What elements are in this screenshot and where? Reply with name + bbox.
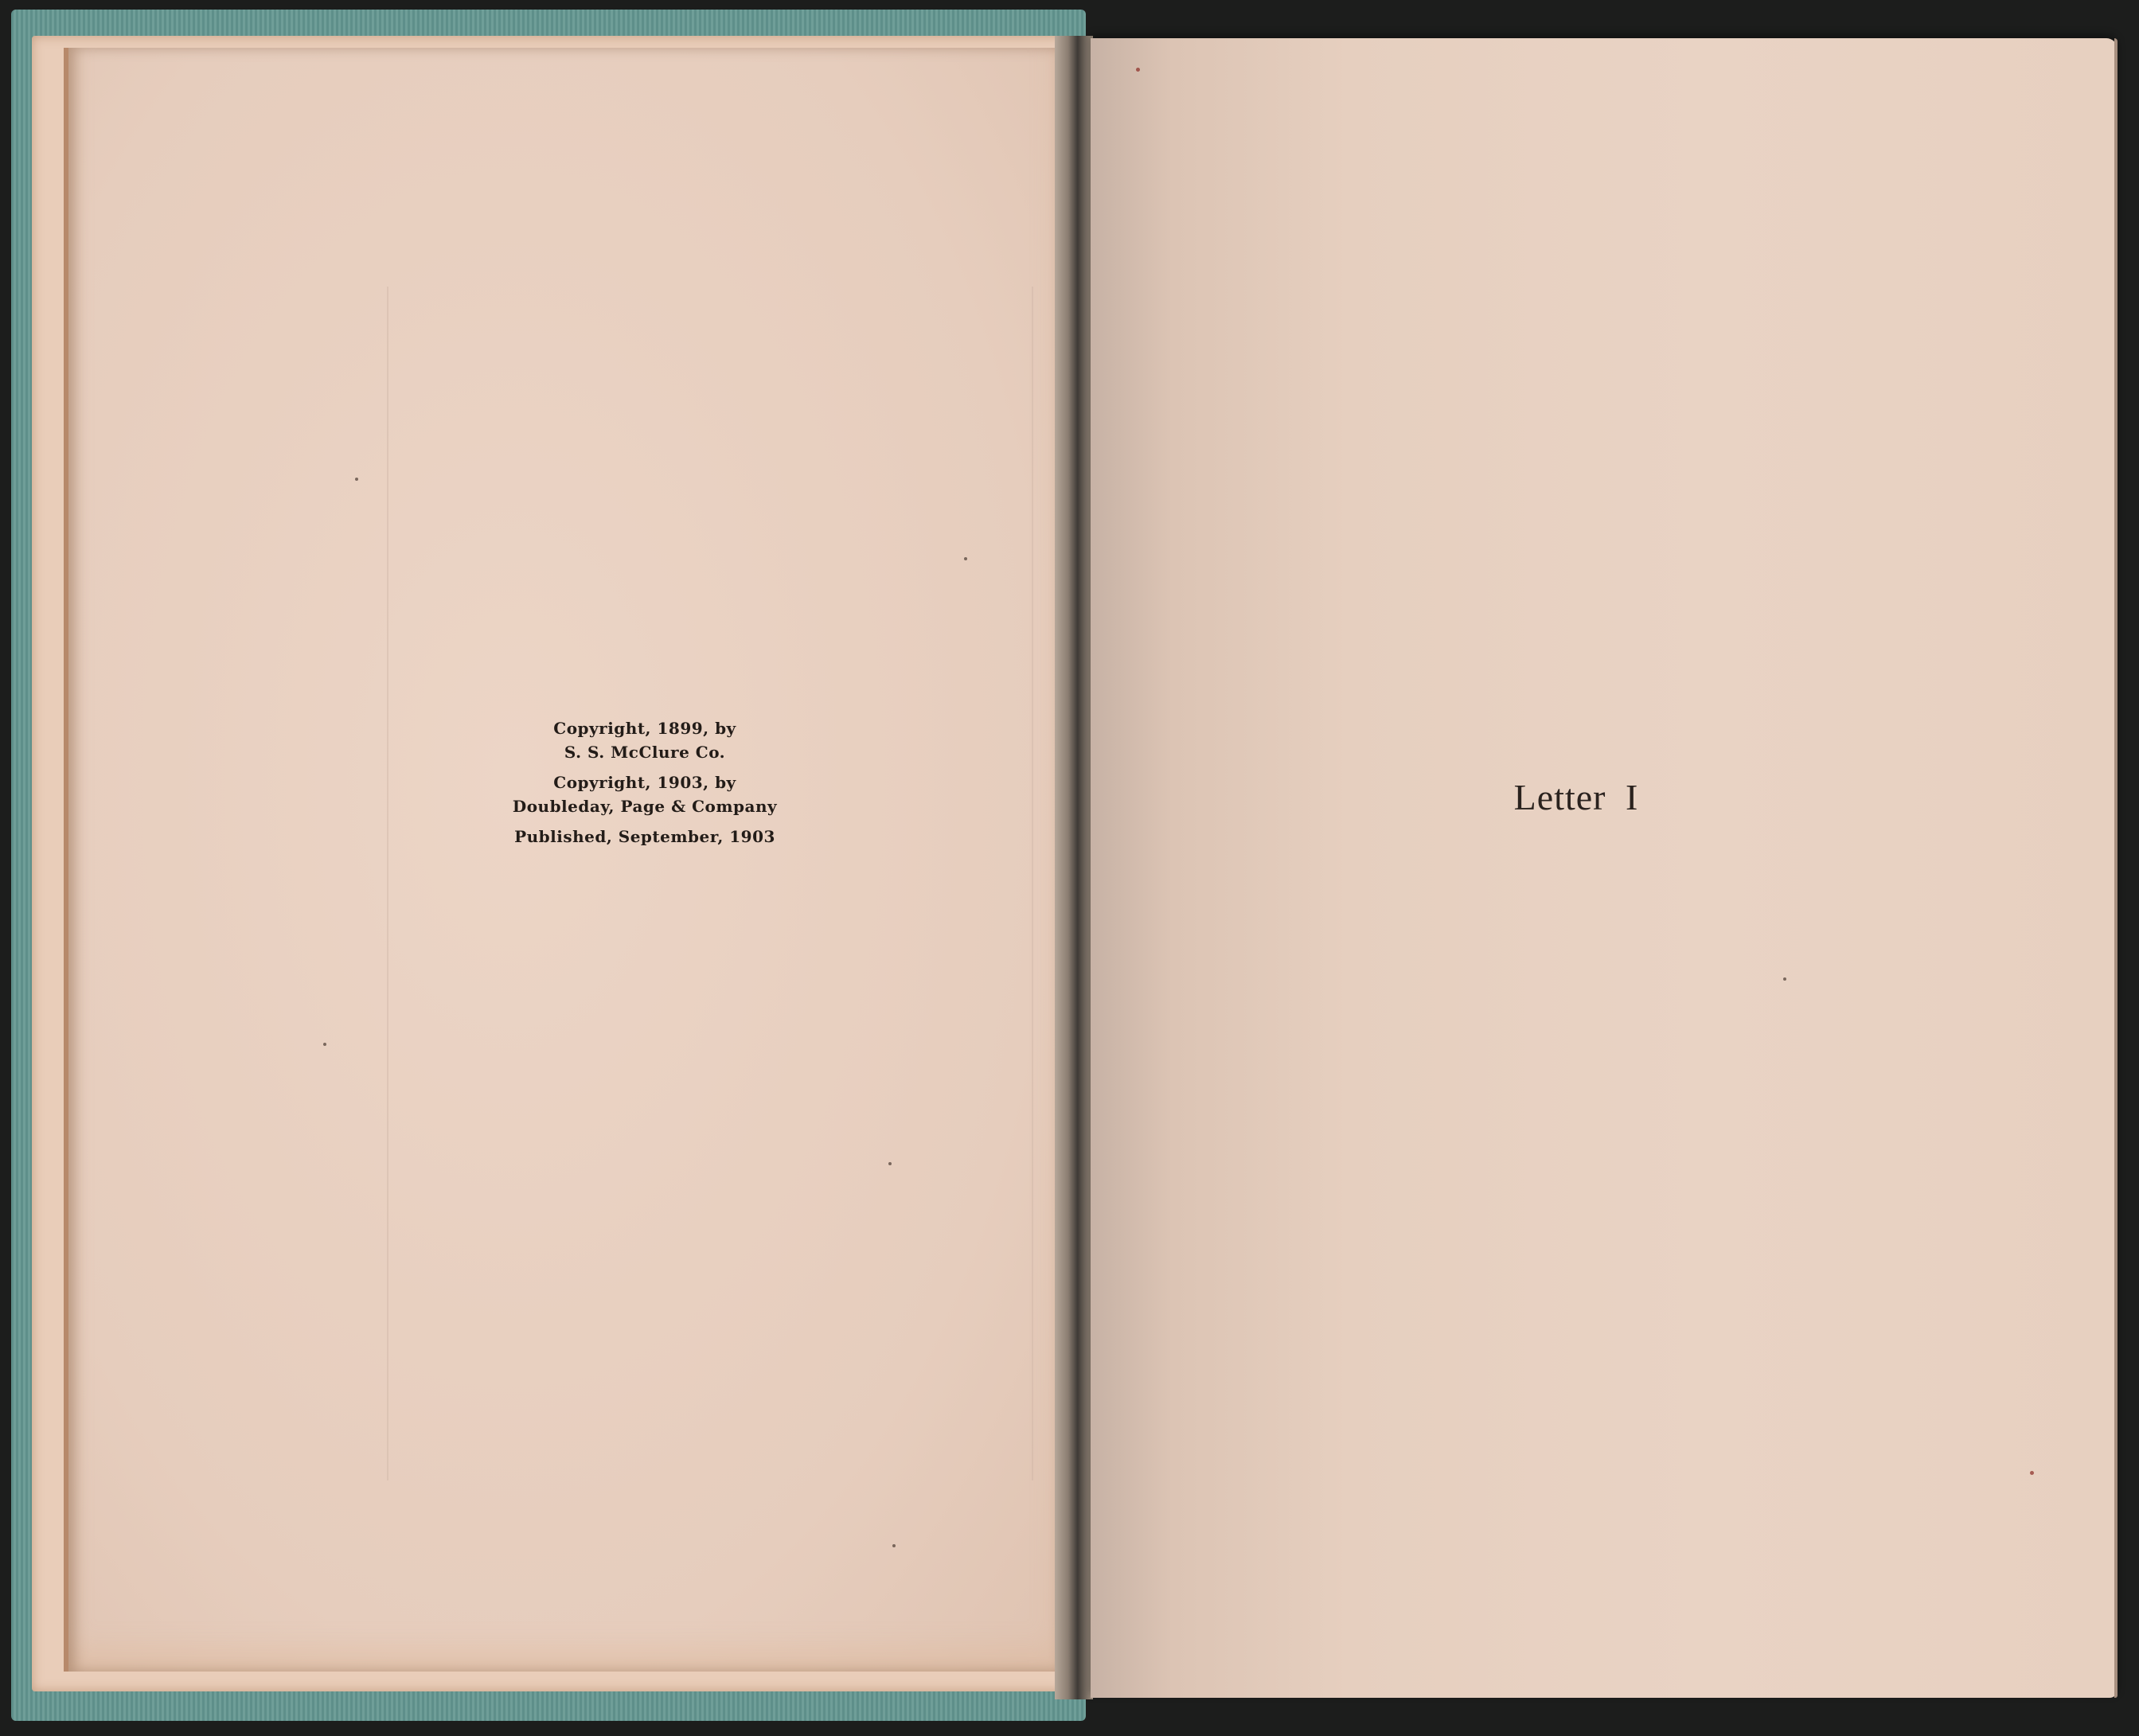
copyright-line-1899: Copyright, 1899, by [486,716,804,740]
paper-speck [355,478,358,481]
book-spread-scan: Copyright, 1899, by S. S. McClure Co. Co… [0,0,2139,1736]
paper-speck [892,1544,896,1547]
copyright-notice: Copyright, 1899, by S. S. McClure Co. Co… [486,716,804,848]
chapter-heading: Letter I [1465,776,1688,818]
copyright-line-1903: Copyright, 1903, by [486,770,804,794]
left-page-copyright [64,48,1056,1672]
right-page-letter [1091,38,2118,1698]
publisher-doubleday: Doubleday, Page & Company [486,794,804,818]
publisher-mcclure: S. S. McClure Co. [486,740,804,764]
paper-speck [888,1162,892,1165]
paper-speck [964,557,967,560]
paper-speck [1783,977,1786,981]
paper-speck [2030,1471,2034,1475]
paper-speck [323,1043,326,1046]
book-gutter [1055,36,1093,1699]
page-edge [2114,38,2118,1698]
plate-mark-left [387,287,388,1480]
plate-mark-right [1032,287,1033,1480]
paper-speck [1136,68,1140,72]
publication-date: Published, September, 1903 [486,825,804,848]
